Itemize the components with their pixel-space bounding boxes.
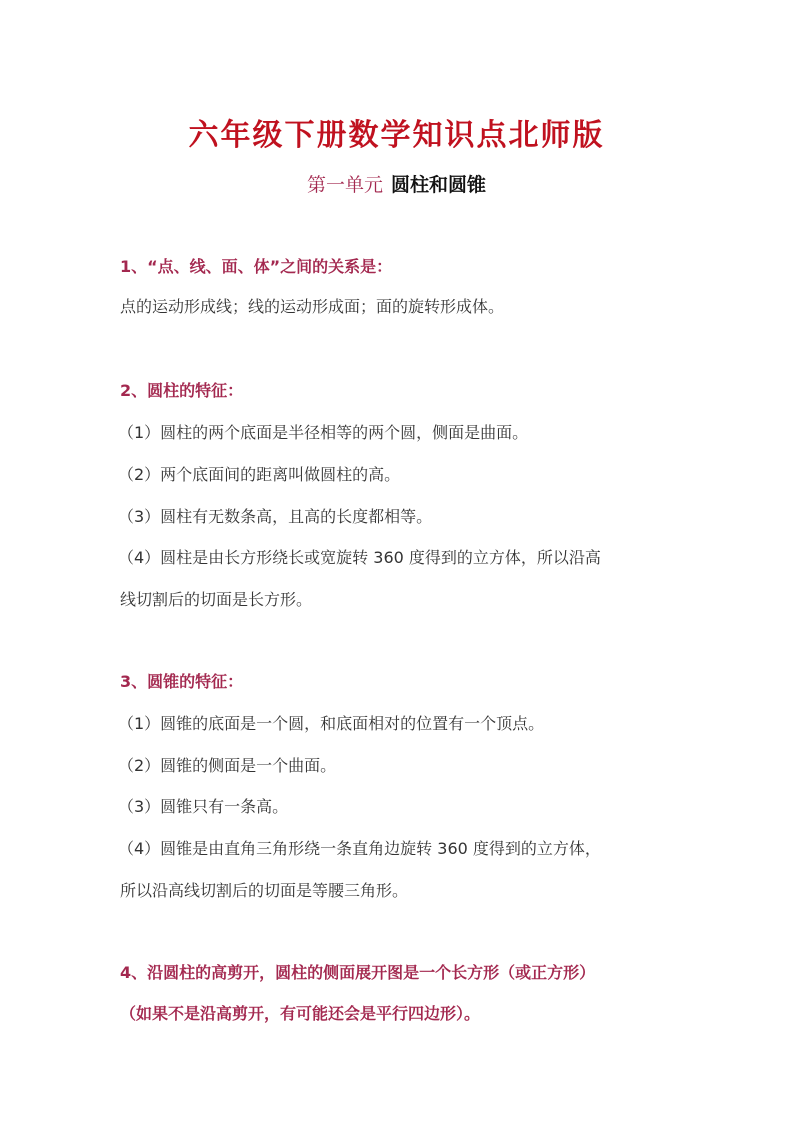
section-1-line: 点的运动形成线；线的运动形成面；面的旋转形成体。 (120, 294, 504, 317)
document-title: 六年级下册数学知识点北师版 (0, 110, 793, 154)
section-1-heading: 1、“点、线、面、体”之间的关系是： (120, 254, 392, 277)
unit-subtitle: 第一单元圆柱和圆锥 (0, 170, 793, 197)
section-2-heading: 2、圆柱的特征： (120, 378, 243, 401)
section-3-heading: 3、圆锥的特征： (120, 669, 243, 692)
section-3-item-1: （1）圆锥的底面是一个圆，和底面相对的位置有一个顶点。 (118, 711, 544, 734)
section-2-item-2: （2）两个底面间的距离叫做圆柱的高。 (118, 462, 400, 485)
document-page: 六年级下册数学知识点北师版 第一单元圆柱和圆锥 1、“点、线、面、体”之间的关系… (0, 0, 793, 1122)
section-3-item-4-cont: 所以沿高线切割后的切面是等腰三角形。 (120, 878, 408, 901)
section-2-item-4: （4）圆柱是由长方形绕长或宽旋转 360 度得到的立方体，所以沿高 (118, 545, 601, 568)
section-3-item-4: （4）圆锥是由直角三角形绕一条直角边旋转 360 度得到的立方体， (118, 836, 601, 859)
unit-label: 第一单元 (307, 174, 383, 196)
section-2-item-4-cont: 线切割后的切面是长方形。 (120, 587, 312, 610)
section-3-item-3: （3）圆锥只有一条高。 (118, 794, 288, 817)
section-4-heading-cont: （如果不是沿高剪开，有可能还会是平行四边形）。 (120, 1001, 480, 1024)
section-3-item-2: （2）圆锥的侧面是一个曲面。 (118, 753, 336, 776)
unit-name: 圆柱和圆锥 (391, 174, 486, 196)
section-4-heading: 4、沿圆柱的高剪开，圆柱的侧面展开图是一个长方形（或正方形） (120, 960, 595, 983)
section-2-item-3: （3）圆柱有无数条高，且高的长度都相等。 (118, 504, 432, 527)
section-2-item-1: （1）圆柱的两个底面是半径相等的两个圆，侧面是曲面。 (118, 420, 528, 443)
